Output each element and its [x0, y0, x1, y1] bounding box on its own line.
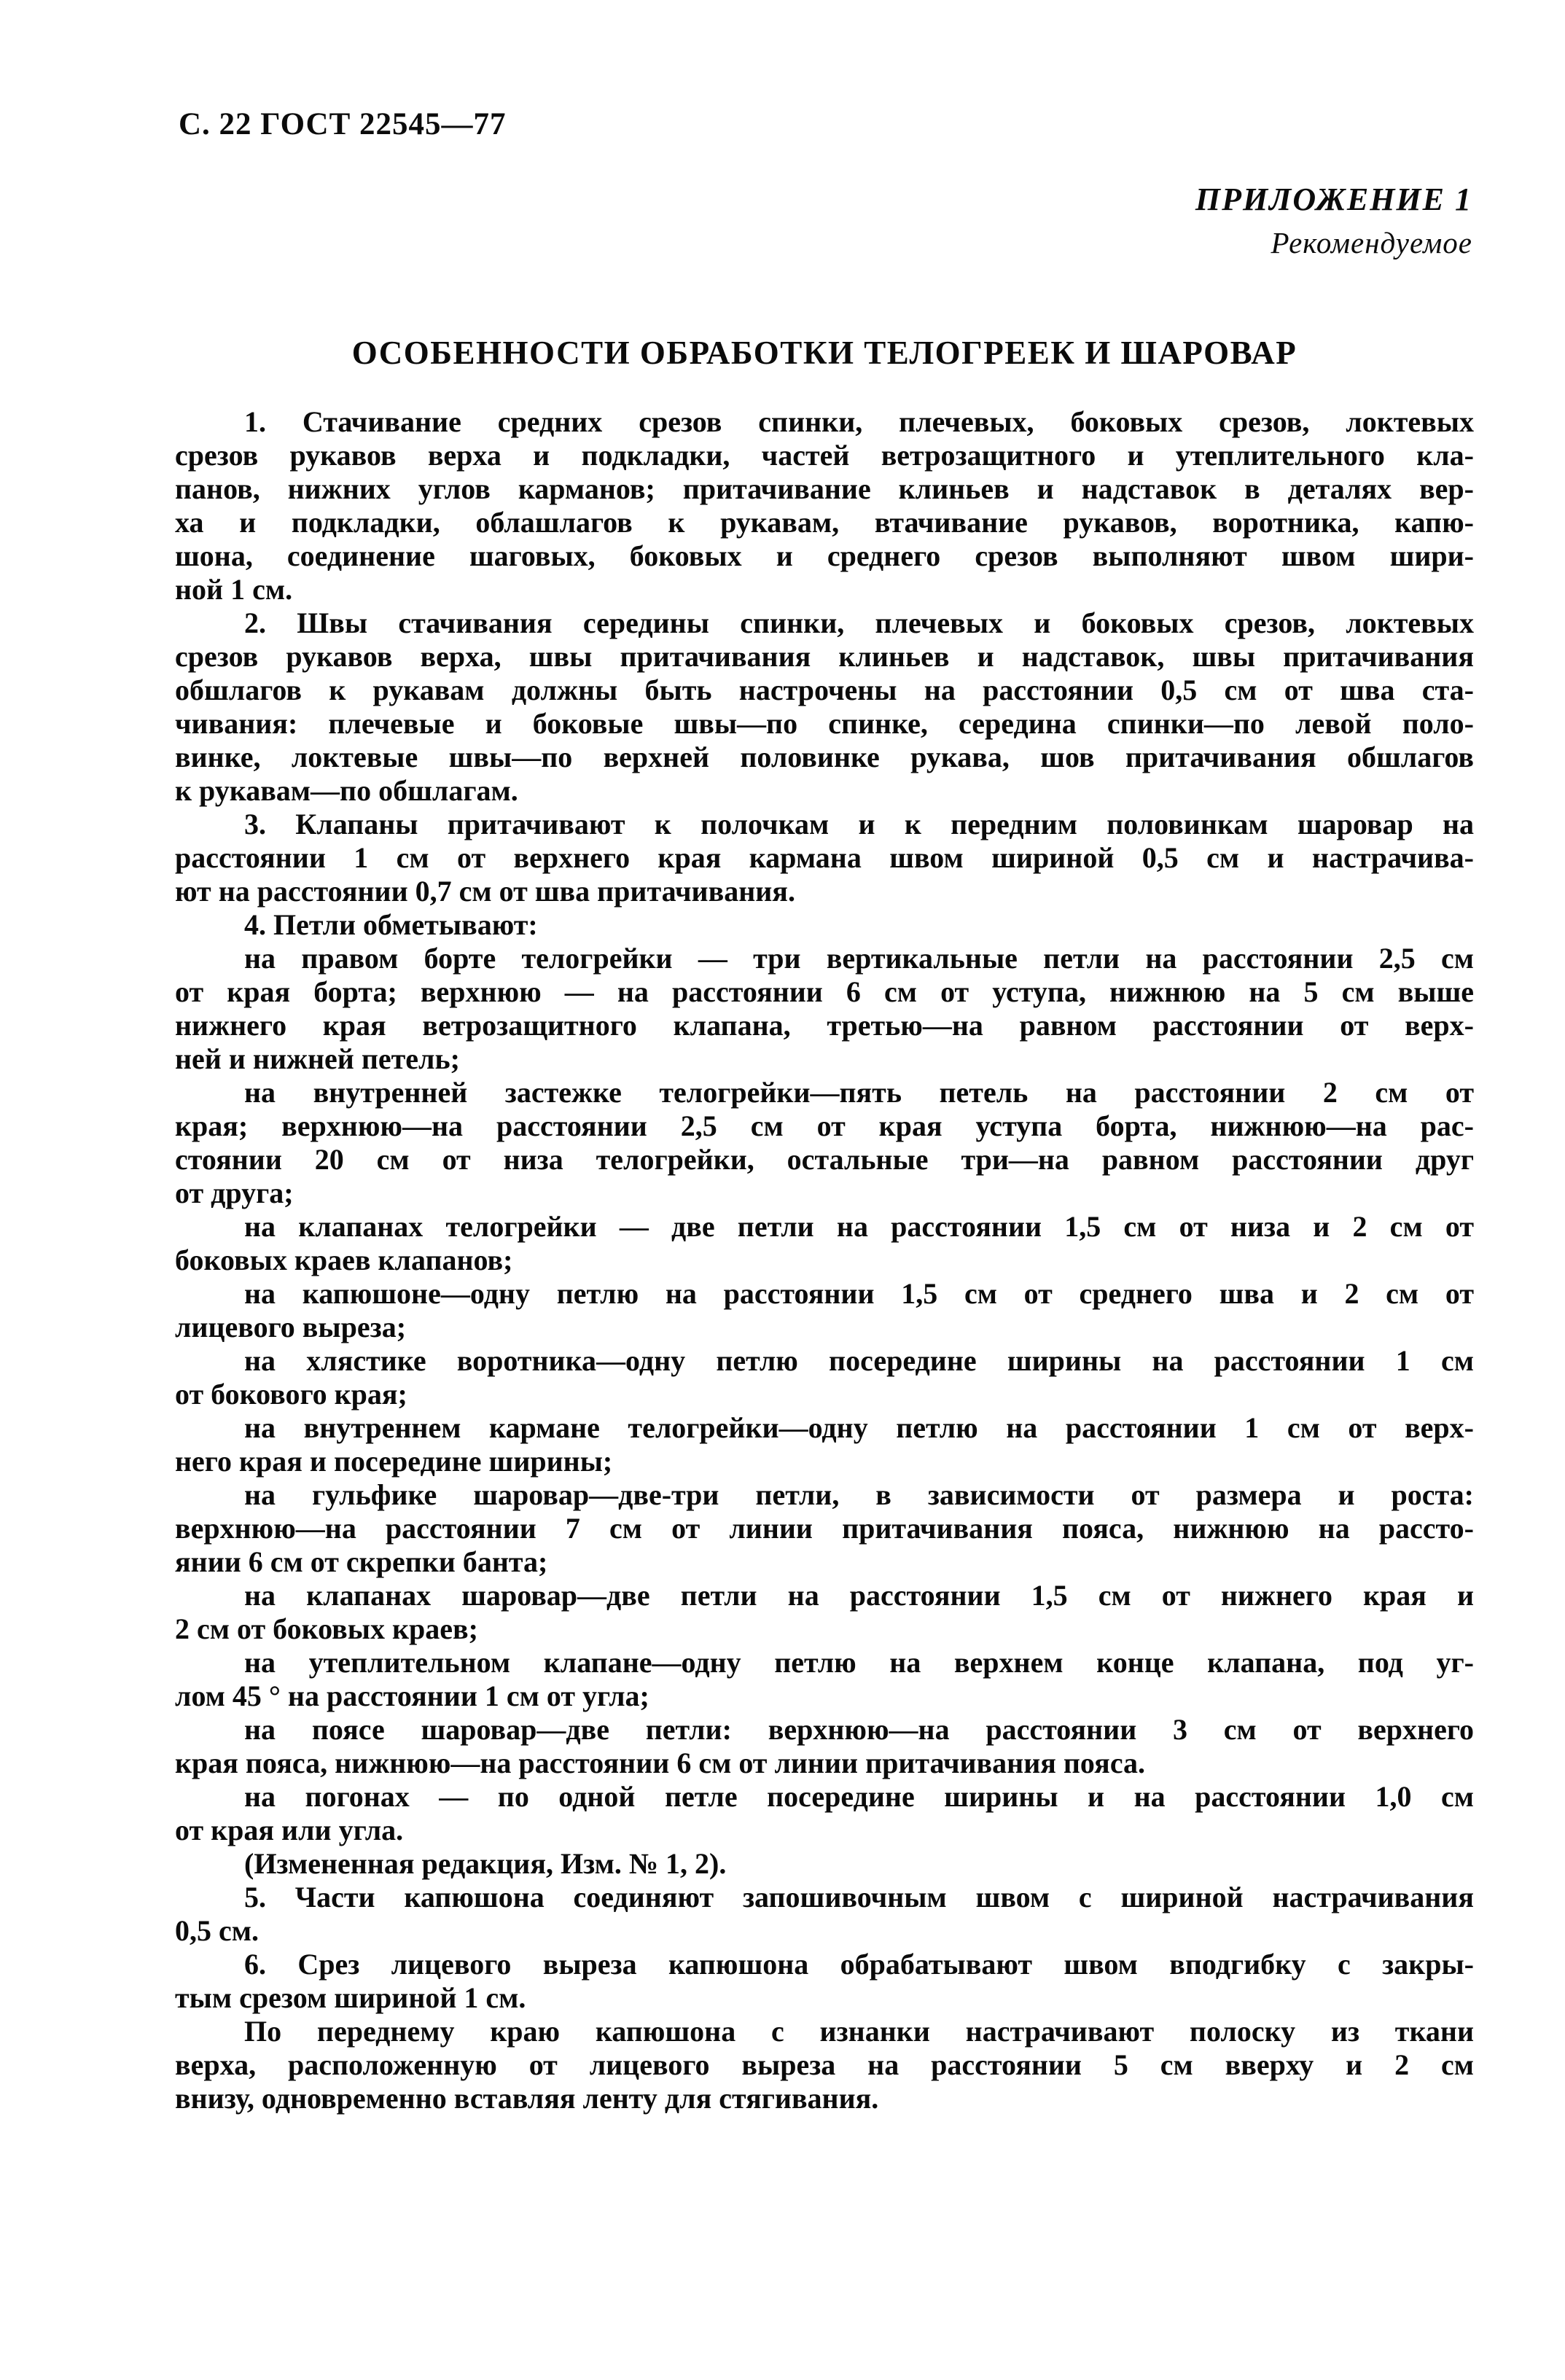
paragraph: на клапанах шаровар—две петли на расстоя…	[175, 1579, 1474, 1646]
text-line: лом 45 ° на расстоянии 1 см от угла;	[175, 1679, 1474, 1713]
paragraph: на погонах — по одной петле посередине ш…	[175, 1780, 1474, 1847]
appendix-block: ПРИЛОЖЕНИЕ 1 Рекомендуемое	[175, 181, 1472, 260]
text-line: 0,5 см.	[175, 1914, 1474, 1948]
text-line: 5. Части капюшона соединяют запошивочным…	[175, 1881, 1474, 1914]
text-line: ха и подкладки, облашлагов к рукавам, вт…	[175, 506, 1474, 539]
text-line: ной 1 см.	[175, 573, 1474, 606]
body-text: 1. Стачивание средних срезов спинки, пле…	[175, 405, 1474, 2115]
text-line: на капюшоне—одну петлю на расстоянии 1,5…	[175, 1277, 1474, 1311]
paragraph: (Измененная редакция, Изм. № 1, 2).	[175, 1847, 1474, 1881]
text-line: обшлагов к рукавам должны быть настрочен…	[175, 674, 1474, 707]
text-line: на клапанах телогрейки — две петли на ра…	[175, 1210, 1474, 1244]
text-line: края пояса, нижнюю—на расстоянии 6 см от…	[175, 1747, 1474, 1780]
text-line: винке, локтевые швы—по верхней половинке…	[175, 741, 1474, 774]
paragraph: 5. Части капюшона соединяют запошивочным…	[175, 1881, 1474, 1948]
text-line: на поясе шаровар—две петли: верхнюю—на р…	[175, 1713, 1474, 1747]
text-line: от края или угла.	[175, 1814, 1474, 1847]
page-header-standard-number: С. 22 ГОСТ 22545—77	[179, 106, 507, 142]
text-line: стоянии 20 см от низа телогрейки, осталь…	[175, 1143, 1474, 1177]
text-line: 2 см от боковых краев;	[175, 1612, 1474, 1646]
text-line: 1. Стачивание средних срезов спинки, пле…	[175, 405, 1474, 439]
text-line: срезов рукавов верха, швы притачивания к…	[175, 640, 1474, 674]
paragraph: на гульфике шаровар—две-три петли, в зав…	[175, 1478, 1474, 1579]
text-line: По переднему краю капюшона с изнанки нас…	[175, 2015, 1474, 2048]
text-line: 2. Швы стачивания середины спинки, плече…	[175, 606, 1474, 640]
paragraph: на хлястике воротника—одну петлю посеред…	[175, 1344, 1474, 1411]
paragraph: на внутреннем кармане телогрейки—одну пе…	[175, 1411, 1474, 1478]
paragraph: на капюшоне—одну петлю на расстоянии 1,5…	[175, 1277, 1474, 1344]
text-line: на хлястике воротника—одну петлю посеред…	[175, 1344, 1474, 1378]
text-line: на внутреннем кармане телогрейки—одну пе…	[175, 1411, 1474, 1445]
text-line: срезов рукавов верха и подкладки, частей…	[175, 439, 1474, 472]
appendix-label: ПРИЛОЖЕНИЕ 1	[175, 181, 1472, 218]
text-line: ней и нижней петель;	[175, 1042, 1474, 1076]
paragraph: на правом борте телогрейки — три вертика…	[175, 942, 1474, 1076]
text-line: на правом борте телогрейки — три вертика…	[175, 942, 1474, 975]
text-line: нижнего края ветрозащитного клапана, тре…	[175, 1009, 1474, 1042]
text-line: на погонах — по одной петле посередине ш…	[175, 1780, 1474, 1814]
text-line: тым срезом шириной 1 см.	[175, 1981, 1474, 2015]
text-line: расстоянии 1 см от верхнего края кармана…	[175, 841, 1474, 875]
text-line: 4. Петли обметывают:	[175, 908, 1474, 942]
text-line: чивания: плечевые и боковые швы—по спинк…	[175, 707, 1474, 741]
paragraph: 1. Стачивание средних срезов спинки, пле…	[175, 405, 1474, 606]
text-line: верхнюю—на расстоянии 7 см от линии прит…	[175, 1512, 1474, 1545]
text-line: на клапанах шаровар—две петли на расстоя…	[175, 1579, 1474, 1612]
text-line: янии 6 см от скрепки банта;	[175, 1545, 1474, 1579]
text-line: лицевого выреза;	[175, 1311, 1474, 1344]
text-line: боковых краев клапанов;	[175, 1244, 1474, 1277]
text-line: от края борта; верхнюю — на расстоянии 6…	[175, 975, 1474, 1009]
paragraph: на клапанах телогрейки — две петли на ра…	[175, 1210, 1474, 1277]
appendix-type-label: Рекомендуемое	[175, 225, 1472, 260]
text-line: 6. Срез лицевого выреза капюшона обрабат…	[175, 1948, 1474, 1981]
text-line: (Измененная редакция, Изм. № 1, 2).	[175, 1847, 1474, 1881]
text-line: от бокового края;	[175, 1378, 1474, 1411]
page-title: ОСОБЕННОСТИ ОБРАБОТКИ ТЕЛОГРЕЕК И ШАРОВА…	[175, 334, 1474, 372]
text-line: на утеплительном клапане—одну петлю на в…	[175, 1646, 1474, 1679]
paragraph: 2. Швы стачивания середины спинки, плече…	[175, 606, 1474, 808]
paragraph: на поясе шаровар—две петли: верхнюю—на р…	[175, 1713, 1474, 1780]
text-line: внизу, одновременно вставляя ленту для с…	[175, 2082, 1474, 2115]
text-line: верха, расположенную от лицевого выреза …	[175, 2048, 1474, 2082]
text-line: 3. Клапаны притачивают к полочкам и к пе…	[175, 808, 1474, 841]
paragraph: на внутренней застежке телогрейки—пять п…	[175, 1076, 1474, 1210]
paragraph: на утеплительном клапане—одну петлю на в…	[175, 1646, 1474, 1713]
paragraph: 4. Петли обметывают:	[175, 908, 1474, 942]
text-line: шона, соединение шаговых, боковых и сред…	[175, 539, 1474, 573]
text-line: на внутренней застежке телогрейки—пять п…	[175, 1076, 1474, 1109]
text-line: края; верхнюю—на расстоянии 2,5 см от кр…	[175, 1109, 1474, 1143]
paragraph: 3. Клапаны притачивают к полочкам и к пе…	[175, 808, 1474, 908]
text-line: к рукавам—по обшлагам.	[175, 774, 1474, 808]
paragraph: По переднему краю капюшона с изнанки нас…	[175, 2015, 1474, 2115]
text-line: ют на расстоянии 0,7 см от шва притачива…	[175, 875, 1474, 908]
document-page: С. 22 ГОСТ 22545—77 ПРИЛОЖЕНИЕ 1 Рекомен…	[0, 0, 1565, 2380]
text-line: на гульфике шаровар—две-три петли, в зав…	[175, 1478, 1474, 1512]
paragraph: 6. Срез лицевого выреза капюшона обрабат…	[175, 1948, 1474, 2015]
text-line: от друга;	[175, 1177, 1474, 1210]
text-line: него края и посередине ширины;	[175, 1445, 1474, 1478]
text-line: панов, нижних углов карманов; притачиван…	[175, 472, 1474, 506]
